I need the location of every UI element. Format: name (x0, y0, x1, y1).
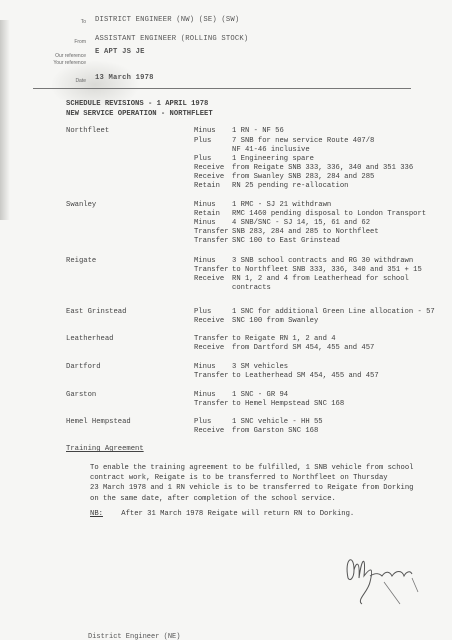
to-label: To (6, 19, 86, 25)
your-reference-label: Your reference (6, 60, 86, 66)
memo-page: To DISTRICT ENGINEER (NW) (SE) (SW) From… (0, 0, 452, 640)
signature-icon (340, 548, 430, 608)
section-garston: Garston (66, 391, 96, 399)
section-hemel-hempstead: Hemel Hempstead (66, 418, 131, 426)
section-leatherhead: Leatherhead (66, 335, 113, 343)
cc-footer: District Engineer (NE) (88, 633, 180, 640)
our-reference-label: Our reference (6, 53, 86, 59)
our-reference-value: E APT JS JE (95, 48, 145, 56)
training-heading: Training Agreement (66, 445, 144, 453)
section-northfleet: Northfleet (66, 127, 109, 135)
from-value: ASSISTANT ENGINEER (ROLLING STOCK) (95, 35, 248, 43)
title-line-1: SCHEDULE REVISIONS - 1 APRIL 1978 (66, 100, 208, 108)
training-paragraph: To enable the training agreement to be f… (90, 463, 440, 504)
header-divider (33, 88, 411, 89)
date-label: Date (6, 78, 86, 84)
from-label: From (6, 39, 86, 45)
section-east-grinstead: East Grinstead (66, 308, 126, 316)
nb-note: NB: After 31 March 1978 Reigate will ret… (90, 510, 354, 518)
to-value: DISTRICT ENGINEER (NW) (SE) (SW) (95, 16, 239, 24)
section-dartford: Dartford (66, 363, 101, 371)
section-reigate: Reigate (66, 257, 96, 265)
date-value: 13 March 1978 (95, 74, 154, 82)
title-line-2: NEW SERVICE OPERATION - NORTHFLEET (66, 110, 213, 118)
section-swanley: Swanley (66, 201, 96, 209)
scan-edge-shadow (0, 20, 10, 220)
